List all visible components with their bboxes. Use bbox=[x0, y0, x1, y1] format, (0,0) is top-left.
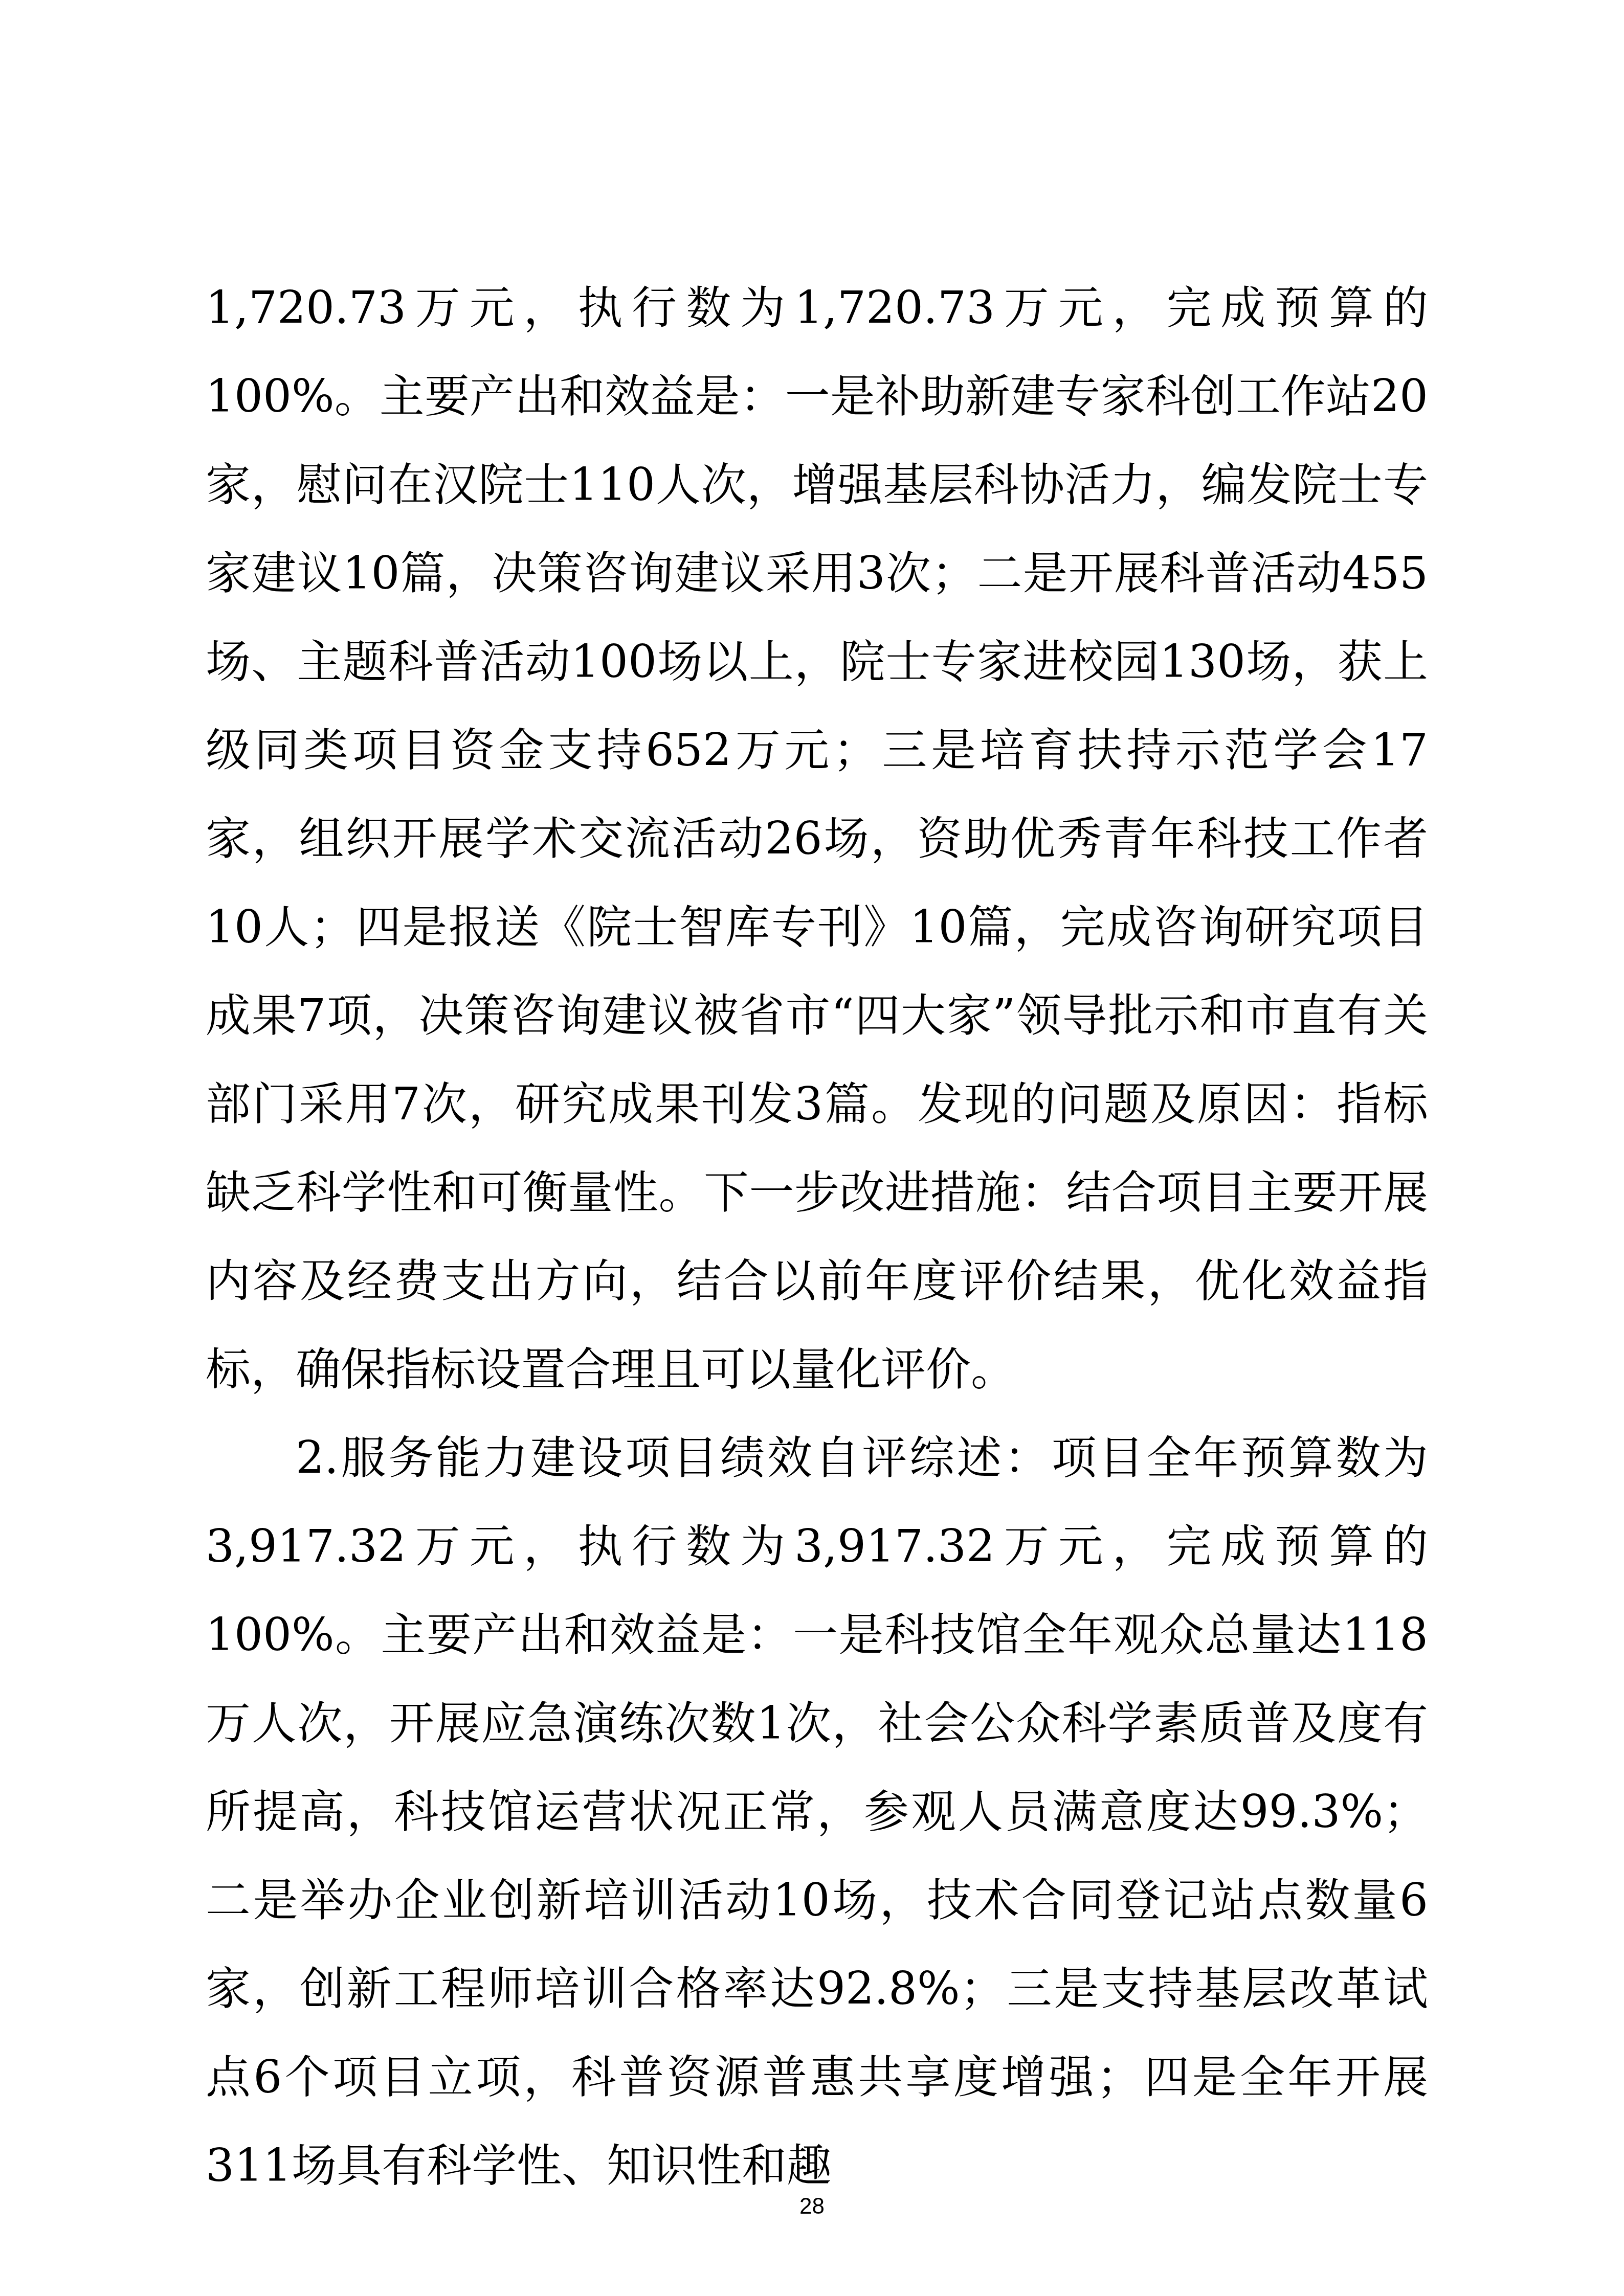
paragraph-project-1-continued: 1,720.73万元，执行数为1,720.73万元，完成预算的100%。主要产出… bbox=[206, 263, 1428, 1413]
body-text: 1,720.73万元，执行数为1,720.73万元，完成预算的100%。主要产出… bbox=[206, 263, 1428, 2210]
paragraph-service-capacity-project: 2.服务能力建设项目绩效自评综述：项目全年预算数为3,917.32万元，执行数为… bbox=[206, 1413, 1428, 2210]
document-page: 1,720.73万元，执行数为1,720.73万元，完成预算的100%。主要产出… bbox=[0, 0, 1624, 2296]
page-number: 28 bbox=[0, 2194, 1624, 2219]
